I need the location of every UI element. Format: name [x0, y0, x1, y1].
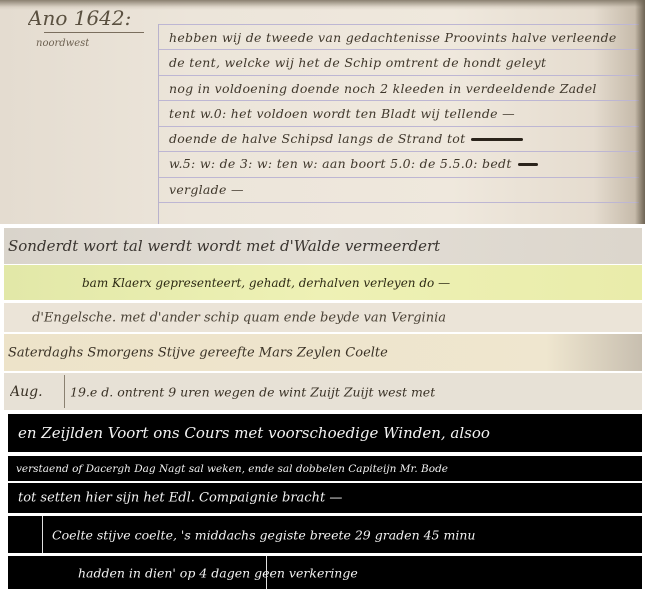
margin-rule [42, 516, 43, 553]
line-strip-3: d'Engelsche. met d'ander schip quam ende… [4, 303, 642, 332]
strip-text: Saterdaghs Smorgens Stijve gereefte Mars… [8, 345, 388, 360]
ruled-text-area: hebben wij de tweede van gedachtenisse P… [158, 24, 629, 224]
manuscript-line: verglade — [169, 182, 244, 197]
strip-text: Coelte stijve coelte, 's middachs gegist… [52, 527, 475, 542]
strip-text: hadden in dien' op 4 dagen geen verkerin… [78, 565, 358, 580]
pen-stroke [518, 163, 538, 166]
ruling-line [159, 177, 639, 178]
manuscript-line: doende de halve Schipsd langs de Strand … [169, 131, 523, 146]
line-strip-8: tot setten hier sijn het Edl. Compaignie… [8, 483, 642, 513]
manuscript-line: hebben wij de tweede van gedachtenisse P… [169, 30, 617, 45]
line-strip-7: verstaend of Dacergh Dag Nagt sal weken,… [8, 456, 642, 481]
manuscript-line-text: doende de halve Schipsd langs de Strand … [169, 131, 465, 146]
ruling-line [159, 151, 639, 152]
ruling-line [159, 24, 639, 25]
line-strip-9: Coelte stijve coelte, 's middachs gegist… [8, 516, 642, 553]
pen-stroke [471, 138, 523, 141]
line-strip-4: Saterdaghs Smorgens Stijve gereefte Mars… [4, 334, 642, 371]
ruling-line [159, 202, 639, 203]
strip-text: verstaend of Dacergh Dag Nagt sal weken,… [16, 463, 448, 475]
page-year-header: Ano 1642: [28, 6, 131, 30]
margin-rule [64, 375, 65, 408]
ruling-line [159, 100, 639, 101]
line-strip-1: Sonderdt wort tal werdt wordt met d'Wald… [4, 228, 642, 264]
manuscript-line: w.5: w: de 3: w: ten w: aan boort 5.0: d… [169, 156, 538, 171]
line-strip-10: hadden in dien' op 4 dagen geen verkerin… [8, 556, 642, 589]
strip-text: Sonderdt wort tal werdt wordt met d'Wald… [8, 237, 440, 255]
header-underline [44, 32, 144, 33]
line-strip-5: Aug. 19.e d. ontrent 9 uren wegen de win… [4, 373, 642, 410]
strip-text: 19.e d. ontrent 9 uren wegen de wint Zui… [70, 384, 435, 399]
margin-note: noordwest [36, 38, 89, 49]
manuscript-line-text: w.5: w: de 3: w: ten w: aan boort 5.0: d… [169, 156, 512, 171]
manuscript-line: de tent, welcke wij het de Schip omtrent… [169, 55, 546, 70]
line-strip-2: bam Klaerx gepresenteert, gehadt, derhal… [4, 265, 642, 300]
ruling-line [159, 49, 639, 50]
strip-margin-date: Aug. [10, 384, 43, 400]
ruling-line [159, 126, 639, 127]
ruling-line [159, 75, 639, 76]
strip-text: tot setten hier sijn het Edl. Compaignie… [18, 491, 342, 506]
line-strip-6: en Zeijlden Voort ons Cours met voorscho… [8, 414, 642, 452]
strip-text: d'Engelsche. met d'ander schip quam ende… [32, 310, 446, 325]
manuscript-page-image: Ano 1642: noordwest hebben wij de tweede… [0, 0, 645, 224]
strip-text: bam Klaerx gepresenteert, gehadt, derhal… [82, 276, 450, 290]
strip-text: en Zeijlden Voort ons Cours met voorscho… [18, 424, 490, 442]
manuscript-line: tent w.0: het voldoen wordt ten Bladt wi… [169, 106, 515, 121]
manuscript-line: nog in voldoening doende noch 2 kleeden … [169, 81, 597, 96]
